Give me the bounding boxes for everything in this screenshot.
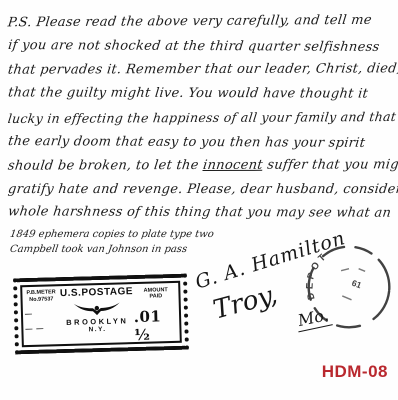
handwriting-segment: should be broken, to let the [7,158,204,174]
stamp-meter-info: P.B.METER No.97537 — — — [22,286,61,345]
stamp-center: U.S.POSTAGE BROOKLYN N.Y. [60,284,135,344]
underlined-word: innocent [202,158,264,173]
handwriting-line: that pervades it. Remember that our lead… [7,61,397,77]
paid-label: PAID [149,293,162,299]
postmark-date-marks: 61 [350,278,363,291]
amount-value: .01 ½ [133,307,179,344]
handwriting-line: the early doom that easy to you then has… [7,134,396,151]
meter-number: No.97537 [25,296,59,304]
product-code-label: HDM-08 [322,362,388,382]
us-postage-label: U.S.POSTAGE [60,286,133,299]
handwriting-line: gratify hate and revenge. Please, dear h… [7,182,397,197]
handwriting-line: that the guilty might live. You would ha… [7,85,396,101]
handwriting-small-line: Campbell took van Johnson in pass [9,244,188,255]
handwriting-line: P.S. Please read the above very carefull… [7,13,397,31]
handwriting-line: should be broken, to let the innocent su… [7,157,397,173]
postage-meter-stamp: P.B.METER No.97537 — — — U.S.POSTAGE BRO… [13,274,189,355]
handwriting-line: whole harshness of this thing that you m… [7,204,397,220]
stamp-state-label: N.Y. [88,326,106,333]
stamp-dash-mark: — [25,309,59,319]
stamp-amount: AMOUNT PAID .01 ½ [133,283,180,342]
eagle-icon [73,298,121,315]
stamp-inner-frame: P.B.METER No.97537 — — — U.S.POSTAGE BRO… [20,281,182,347]
stamp-dash-mark: — — [25,325,59,335]
handwriting-segment: suffer that you might [262,157,398,173]
handwriting-line: lucky in effecting the happiness of all … [7,109,397,126]
stencil-design-sheet: P.S. Please read the above very carefull… [0,0,398,400]
handwriting-line: if you are not shocked at the third quar… [7,38,396,55]
handwriting-small-line: 1849 ephemera copies to plate type two [9,229,214,240]
